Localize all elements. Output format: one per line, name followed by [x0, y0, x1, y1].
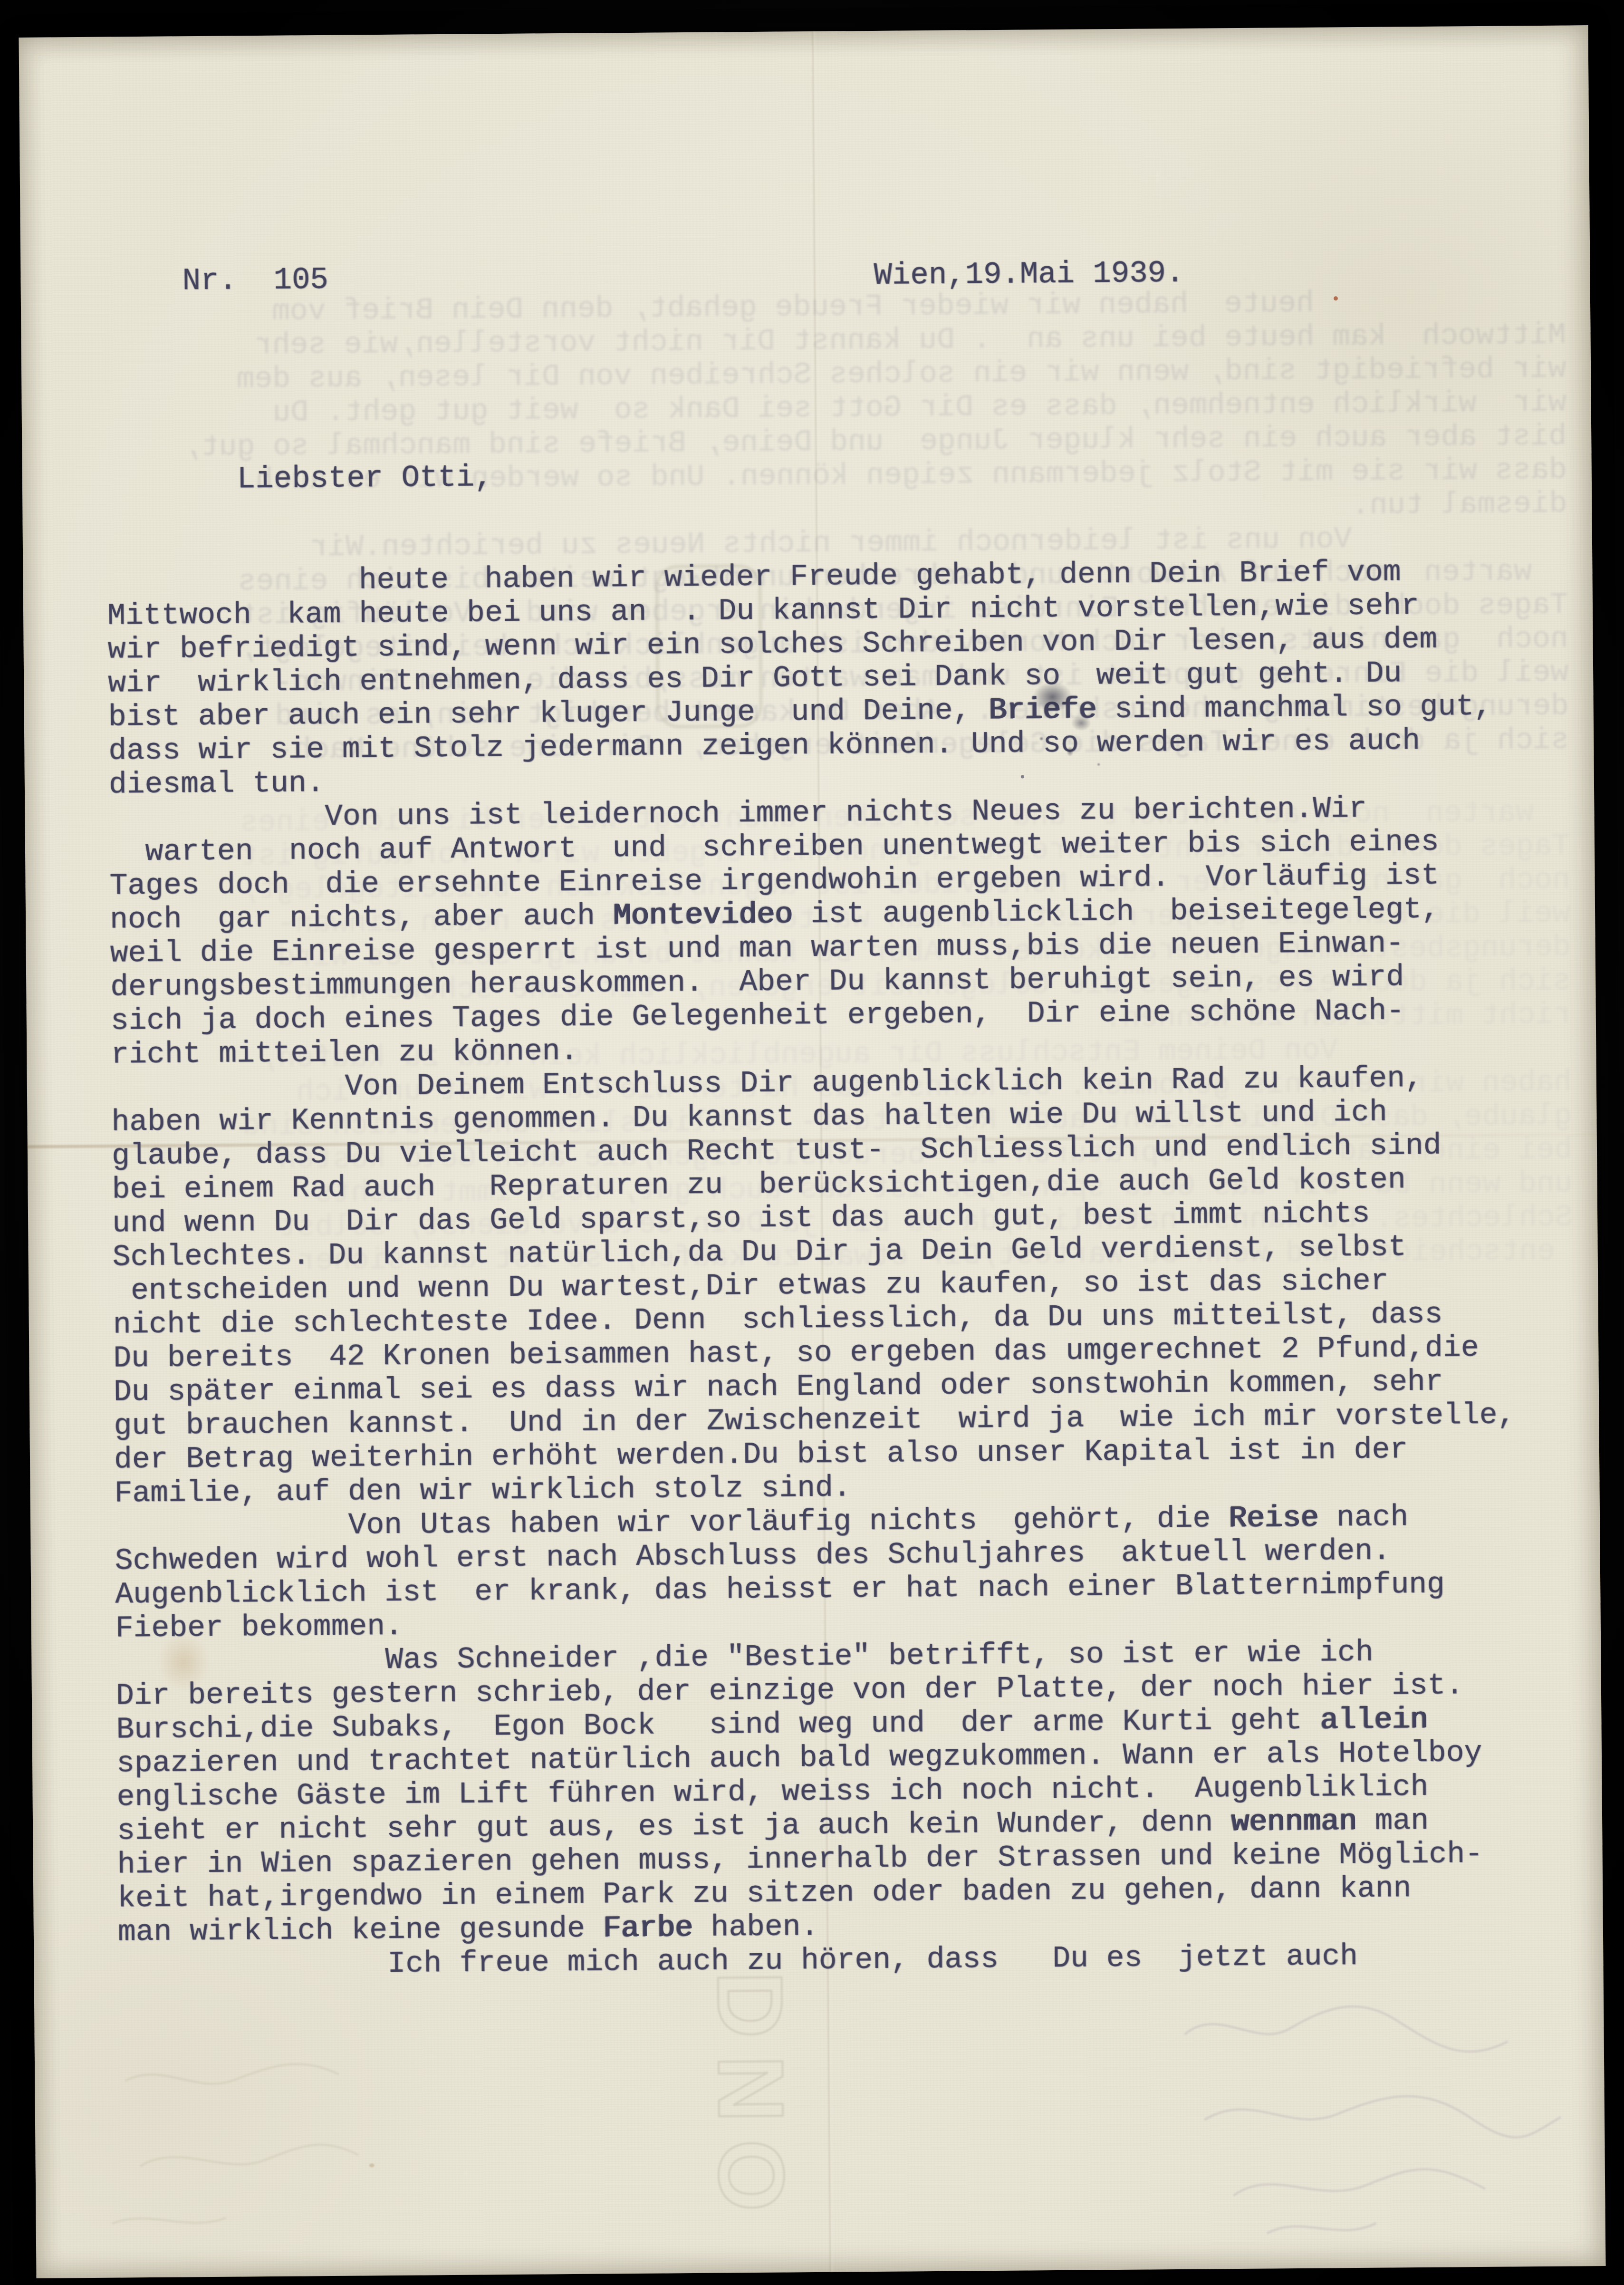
overtyped-word: wennman	[1231, 1804, 1357, 1839]
letter-number: Nr. 105	[182, 263, 328, 299]
scanner-background: heute haben wir wieder Freude gehabt, de…	[0, 0, 1624, 2285]
red-speck	[1334, 296, 1338, 300]
overtyped-word: allein	[1320, 1703, 1428, 1737]
letter-body: heute haben wir wieder Freude gehabt, de…	[107, 554, 1544, 1983]
tan-speck	[369, 2163, 375, 2167]
letter-dateline: Wien,19.Mai 1939.	[874, 257, 1184, 293]
handwriting-bleedthrough	[53, 1974, 1586, 2262]
letter-salutation: Liebster Otti,	[237, 461, 493, 497]
overtyped-word: Farbe	[603, 1911, 693, 1945]
overtyped-word: Montevideo	[613, 897, 793, 933]
watermark-text: DNO	[698, 1971, 804, 2209]
letter-paper: heute haben wir wieder Freude gehabt, de…	[19, 25, 1606, 2278]
ink-blot	[998, 666, 1142, 776]
overtyped-word: Reise	[1229, 1501, 1319, 1535]
